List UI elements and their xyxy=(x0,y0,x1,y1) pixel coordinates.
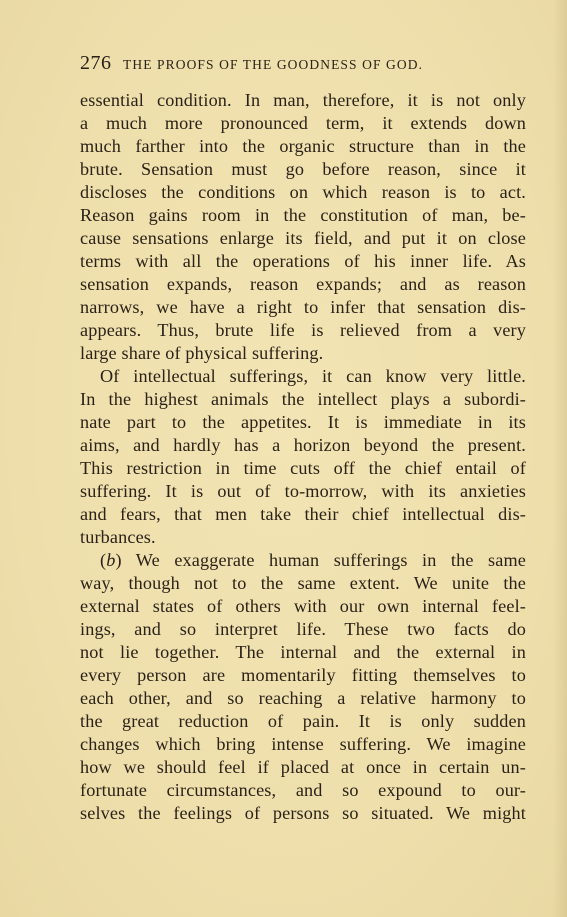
text-line: appears. Thus, brute life is relieved fr… xyxy=(80,319,526,342)
text-line: suffering. It is out of to-morrow, with … xyxy=(80,480,526,503)
text-line: external states of others with our own i… xyxy=(80,595,526,618)
text-line: each other, and so reaching a relative h… xyxy=(80,687,526,710)
paragraph-3: (b) We exaggerate human sufferings in th… xyxy=(80,549,526,825)
body-text: essential condition. In man, therefore, … xyxy=(80,89,526,825)
text-line: essential condition. In man, therefore, … xyxy=(80,89,526,112)
text-line: way, though not to the same extent. We u… xyxy=(80,572,526,595)
running-head: 276 THE PROOFS OF THE GOODNESS OF GOD. xyxy=(80,52,510,80)
text-line: discloses the conditions on which reason… xyxy=(80,181,526,204)
text-line: much farther into the organic structure … xyxy=(80,135,526,158)
text-line: not lie together. The internal and the e… xyxy=(80,641,526,664)
text-line: a much more pronounced term, it extends … xyxy=(80,112,526,135)
text-line: ings, and so interpret life. These two f… xyxy=(80,618,526,641)
paragraph-1: essential condition. In man, therefore, … xyxy=(80,89,526,365)
text-line-labeled: (b) We exaggerate human sufferings in th… xyxy=(80,549,526,572)
text-line: Of intellectual sufferings, it can know … xyxy=(80,365,526,388)
text-line: In the highest animals the intellect pla… xyxy=(80,388,526,411)
paragraph-2: Of intellectual sufferings, it can know … xyxy=(80,365,526,549)
text-line: turbances. xyxy=(80,526,526,549)
text-line: the great reduction of pain. It is only … xyxy=(80,710,526,733)
text-line: selves the feelings of persons so situat… xyxy=(80,802,526,825)
text-line: Reason gains room in the constitution of… xyxy=(80,204,526,227)
text-line: changes which bring intense suffering. W… xyxy=(80,733,526,756)
book-page: 276 THE PROOFS OF THE GOODNESS OF GOD. e… xyxy=(0,0,567,917)
text-line: how we should feel if placed at once in … xyxy=(80,756,526,779)
running-title: THE PROOFS OF THE GOODNESS OF GOD. xyxy=(123,57,423,73)
text-line: large share of physical suffering. xyxy=(80,342,526,365)
text-line: nate part to the appetites. It is immedi… xyxy=(80,411,526,434)
paragraph-label-close: ) xyxy=(115,550,135,570)
text-line: brute. Sensation must go before reason, … xyxy=(80,158,526,181)
text-line: cause sensations enlarge its field, and … xyxy=(80,227,526,250)
text-line: and fears, that men take their chief int… xyxy=(80,503,526,526)
first-line-text: We exaggerate human sufferings in the sa… xyxy=(136,550,526,570)
text-line: aims, and hardly has a horizon beyond th… xyxy=(80,434,526,457)
page-number: 276 xyxy=(80,52,113,75)
text-line: narrows, we have a right to infer that s… xyxy=(80,296,526,319)
text-line: sensation expands, reason expands; and a… xyxy=(80,273,526,296)
text-line: terms with all the operations of his inn… xyxy=(80,250,526,273)
text-line: every person are momentarily fitting the… xyxy=(80,664,526,687)
text-line: This restriction in time cuts off the ch… xyxy=(80,457,526,480)
text-line: fortunate circumstances, and so expound … xyxy=(80,779,526,802)
